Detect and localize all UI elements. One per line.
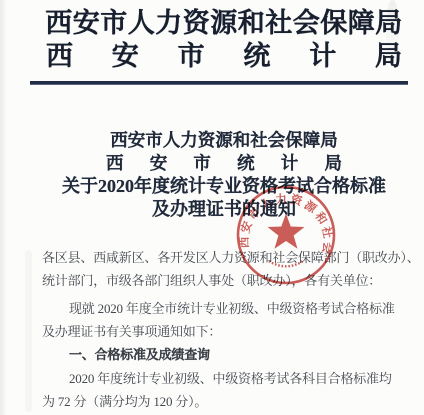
body-line: 现就 2020 年度全市统计专业初级、中级资格考试合格标准 (42, 297, 420, 320)
notice-title-line2: 及办理证书的通知 (28, 198, 420, 221)
body-line: 各区县、西咸新区、各开发区人力资源和社会保障部门（职改办）、 (42, 246, 420, 269)
document-sheet: 西安市人力资源和社会保障局 西安市统计局 西安市人力资源和社会保障局 西安市统计… (28, 0, 420, 413)
body-line: 2020 年度统计专业初级、中级资格考试各科目合格标准均 (42, 367, 420, 390)
body-line: 为 72 分（满分均为 120 分）。 (42, 390, 420, 413)
issuer-line2: 西安市统计局 (106, 152, 342, 175)
document-title-block: 西安市人力资源和社会保障局 西安市统计局 关于2020年度统计专业资格考试合格标… (28, 129, 420, 221)
issuer-line1: 西安市人力资源和社会保障局 (28, 129, 420, 152)
notice-body: 各区县、西咸新区、各开发区人力资源和社会保障部门（职改办）、 统计部门，市级各部… (28, 246, 420, 413)
letterhead-rule (30, 81, 408, 85)
body-line: 及办理证书有关事项通知如下： (42, 320, 420, 343)
letterhead-org2: 西安市统计局 (46, 40, 402, 72)
letterhead: 西安市人力资源和社会保障局 西安市统计局 (28, 0, 420, 85)
notice-title-line1: 关于2020年度统计专业资格考试合格标准 (28, 175, 420, 198)
body-line: 统计部门，市级各部门组织人事处（职改办），各有关单位： (42, 269, 420, 292)
scan-artifact-left-edge (0, 0, 7, 415)
section-heading: 一、合格标准及成绩查询 (42, 343, 420, 366)
scanned-notice-page: 西安市人力资源和社会保障局 西安市统计局 西安市人力资源和社会保障局 西安市统计… (0, 0, 424, 415)
letterhead-org1: 西安市人力资源和社会保障局 (28, 6, 420, 40)
